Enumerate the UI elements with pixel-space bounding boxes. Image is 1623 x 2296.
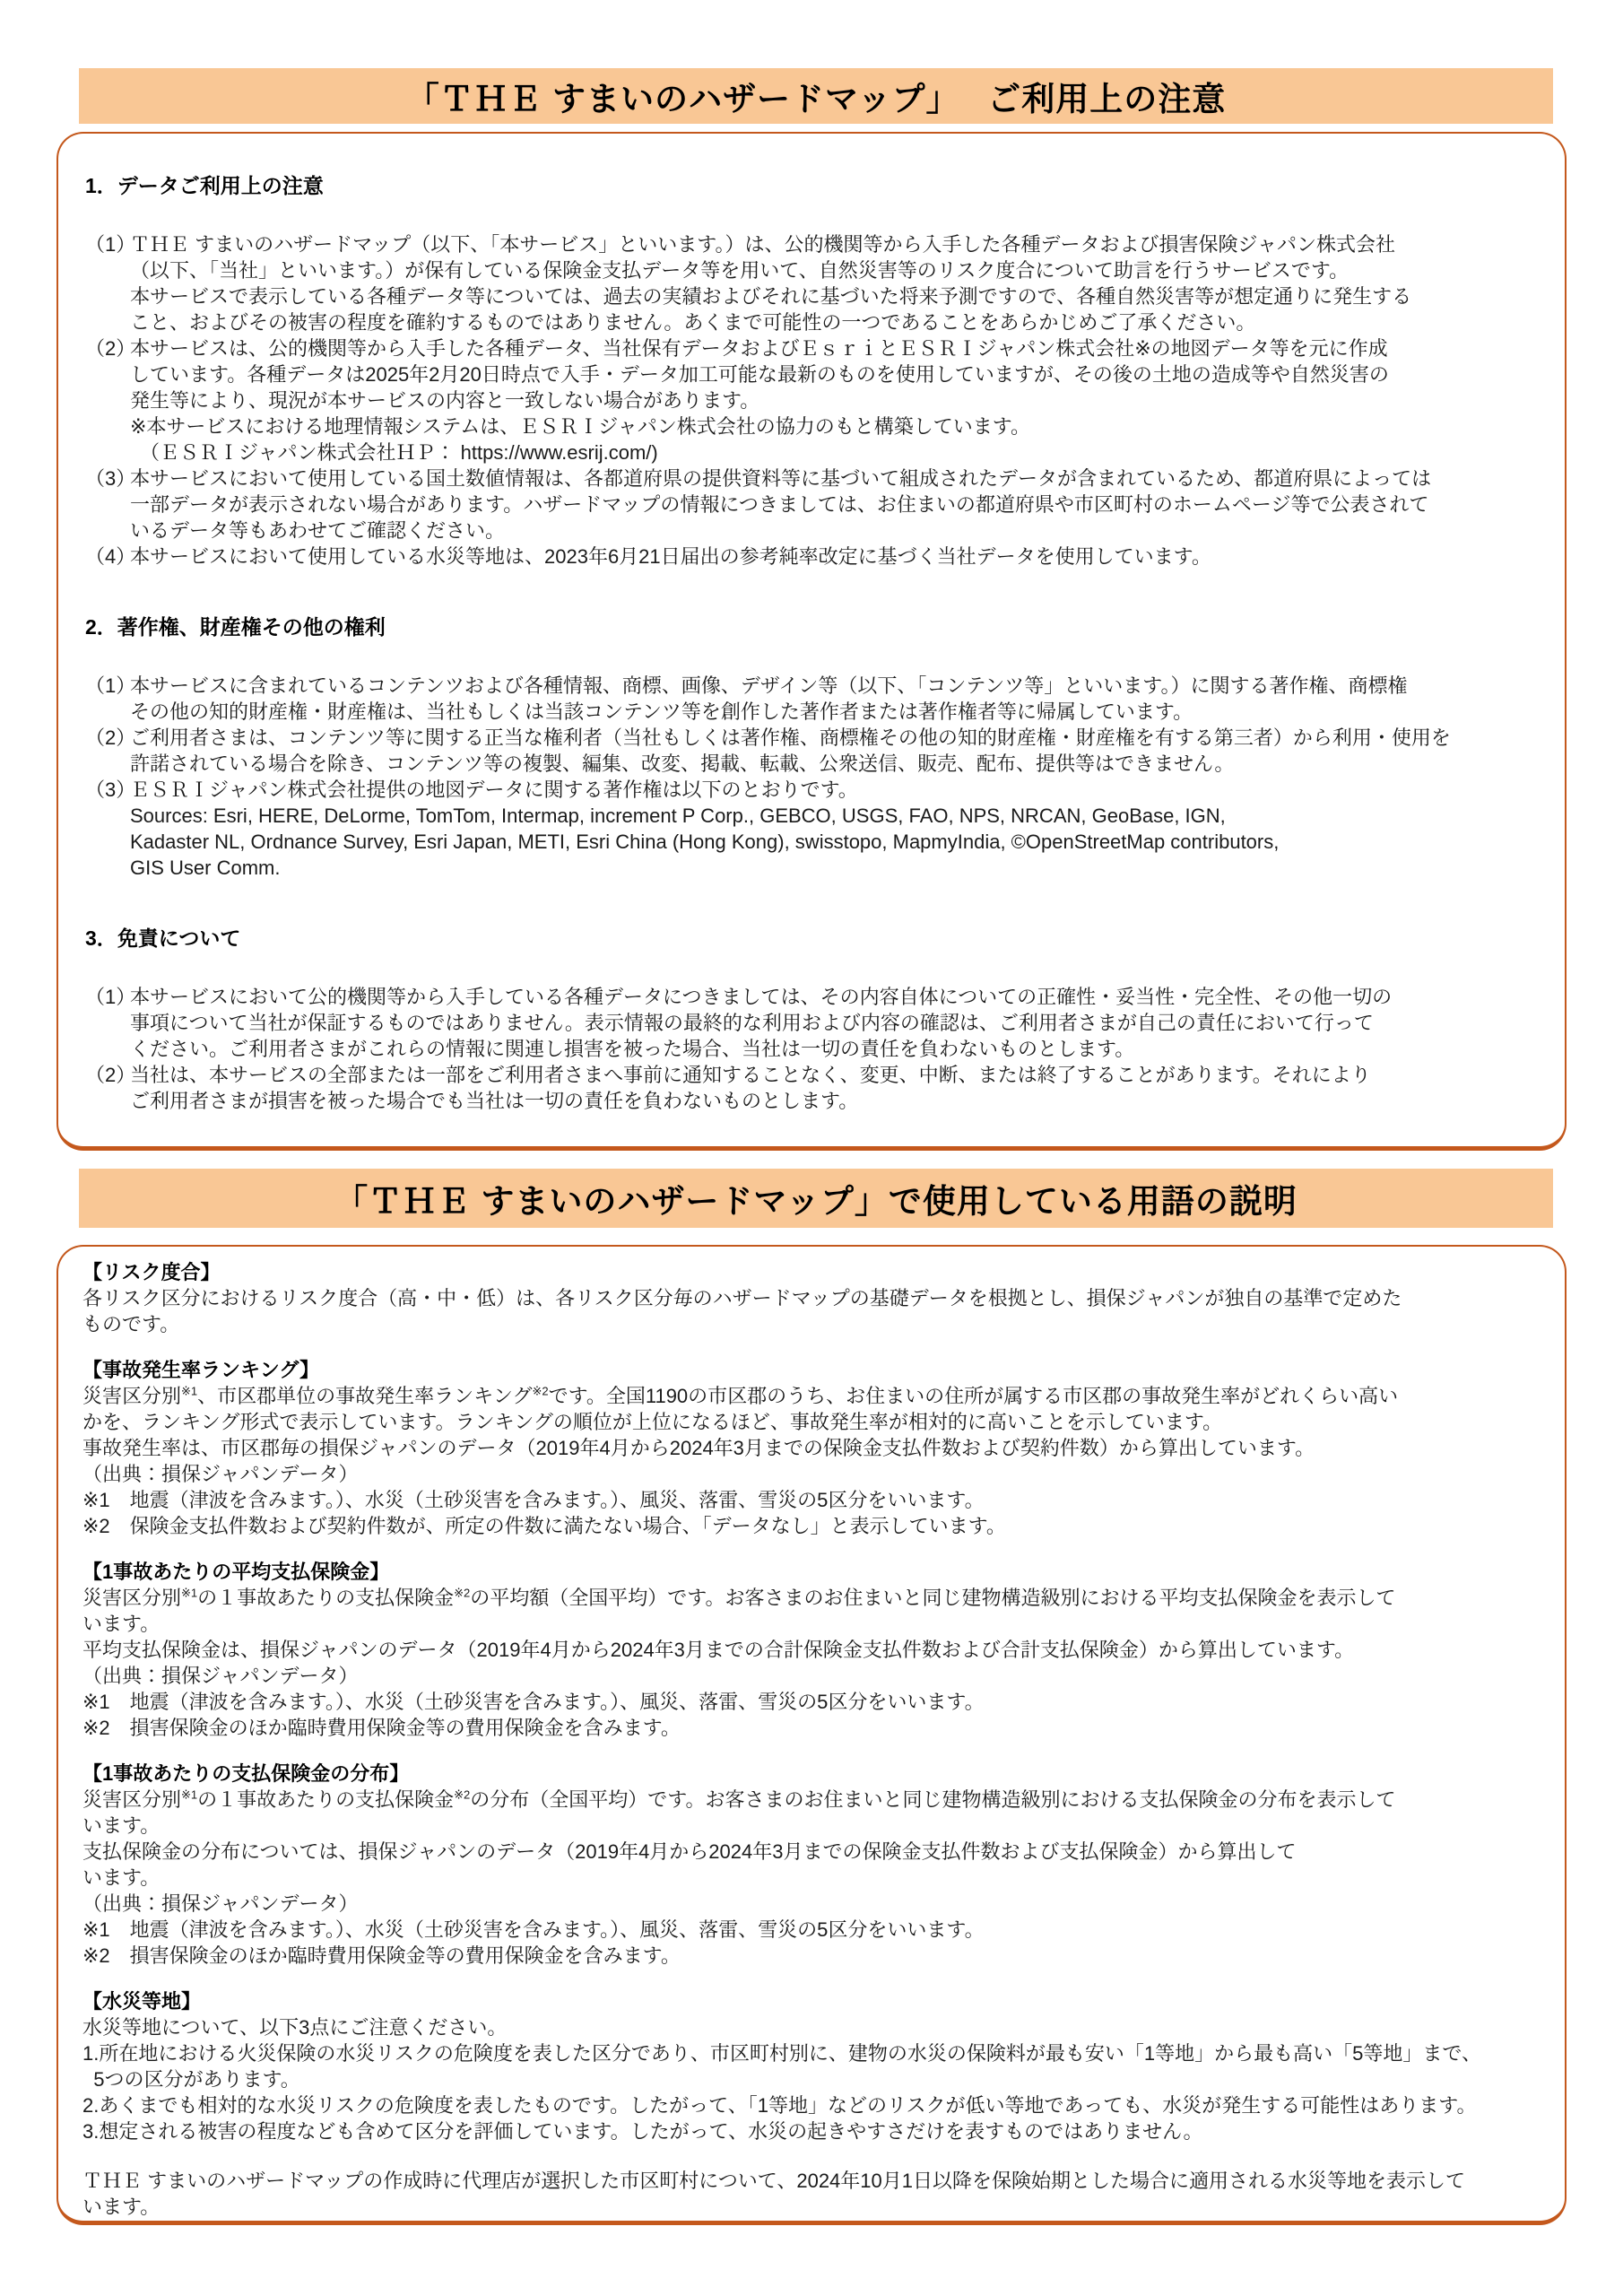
term-line: います。: [82, 1813, 1529, 1839]
numbered-item: （1）本サービスにおいて公的機関等から入手している各種データにつきましては、その…: [85, 984, 1529, 1062]
term-title: 【リスク度合】: [82, 1259, 1529, 1285]
item-line: Kadaster NL, Ordnance Survey, Esri Japan…: [130, 829, 1529, 855]
item-lines: 本サービスにおいて公的機関等から入手している各種データにつきましては、その内容自…: [130, 984, 1529, 1062]
term-line: 事故発生率は、市区郡毎の損保ジャパンのデータ（2019年4月から2024年3月ま…: [82, 1435, 1529, 1461]
section-heading: 3．免責について: [85, 922, 1529, 952]
notice-band-title: 「ＴＨＥ すまいのハザードマップ」 ご利用上の注意: [406, 72, 1227, 120]
term-line: ※1 地震（津波を含みます。）、水災（土砂災害を含みます。）、風災、落雷、雪災の…: [82, 1917, 1529, 1943]
item-line: ※本サービスにおける地理情報システムは、ＥＳＲＩジャパン株式会社の協力のもと構築…: [130, 413, 1529, 439]
item-line: ご利用者さまが損害を被った場合でも当社は一切の責任を負わないものとします。: [130, 1088, 1529, 1114]
item-line: 本サービスにおいて使用している水災等地は、2023年6月21日届出の参考純率改定…: [130, 544, 1529, 570]
item-lines: 本サービスにおいて使用している水災等地は、2023年6月21日届出の参考純率改定…: [130, 544, 1529, 570]
notice-header-band: 「ＴＨＥ すまいのハザードマップ」 ご利用上の注意: [79, 68, 1553, 124]
term-line: ※1 地震（津波を含みます。）、水災（土砂災害を含みます。）、風災、落雷、雪災の…: [82, 1689, 1529, 1715]
item-line: 発生等により、現況が本サービスの内容と一致しない場合があります。: [130, 387, 1529, 413]
section-block: 3．免責について（1）本サービスにおいて公的機関等から入手している各種データにつ…: [85, 922, 1529, 1114]
item-line: 本サービスに含まれているコンテンツおよび各種情報、商標、画像、デザイン等（以下、…: [130, 673, 1529, 699]
item-marker: （3）: [85, 777, 130, 803]
term-line: かを、ランキング形式で表示しています。ランキングの順位が上位になるほど、事故発生…: [82, 1409, 1529, 1435]
item-line: こと、およびその被害の程度を確約するものではありません。あくまで可能性の一つであ…: [130, 309, 1529, 335]
term-line: （出典：損保ジャパンデータ）: [82, 1663, 1529, 1689]
term-line: （出典：損保ジャパンデータ）: [82, 1891, 1529, 1917]
item-marker: （1）: [85, 231, 130, 257]
item-line: 事項について当社が保証するものではありません。表示情報の最終的な利用および内容の…: [130, 1010, 1529, 1036]
term-line: 5つの区分があります。: [82, 2066, 1529, 2092]
item-lines: ＴＨＥ すまいのハザードマップ（以下、「本サービス」といいます。）は、公的機関等…: [130, 231, 1529, 335]
term-line: 支払保険金の分布については、損保ジャパンのデータ（2019年4月から2024年3…: [82, 1839, 1529, 1865]
closing-line: ＴＨＥ すまいのハザードマップの作成時に代理店が選択した市区町村について、202…: [82, 2168, 1529, 2194]
section-heading: 2．著作権、財産権その他の権利: [85, 611, 1529, 640]
term-line: います。: [82, 1865, 1529, 1891]
item-lines: 本サービスにおいて使用している国土数値情報は、各都道府県の提供資料等に基づいて組…: [130, 465, 1529, 544]
term-block: 【1事故あたりの平均支払保険金】災害区分別※1の１事故あたりの支払保険金※2の平…: [82, 1559, 1529, 1741]
numbered-item: （3）本サービスにおいて使用している国土数値情報は、各都道府県の提供資料等に基づ…: [85, 465, 1529, 544]
item-line: 許諾されている場合を除き、コンテンツ等の複製、編集、改変、掲載、転載、公衆送信、…: [130, 751, 1529, 777]
term-block: 【1事故あたりの支払保険金の分布】災害区分別※1の１事故あたりの支払保険金※2の…: [82, 1761, 1529, 1969]
item-lines: ご利用者さまは、コンテンツ等に関する正当な権利者（当社もしくは著作権、商標権その…: [130, 725, 1529, 777]
item-marker: （1）: [85, 984, 130, 1010]
item-line: 本サービスにおいて公的機関等から入手している各種データにつきましては、その内容自…: [130, 984, 1529, 1010]
item-marker: （2）: [85, 725, 130, 751]
numbered-item: （2）本サービスは、公的機関等から入手した各種データ、当社保有データおよびＥｓｒ…: [85, 335, 1529, 465]
notice-panel: 1．データご利用上の注意（1）ＴＨＥ すまいのハザードマップ（以下、「本サービス…: [56, 132, 1567, 1151]
closing-line: います。: [82, 2194, 1529, 2220]
term-line: います。: [82, 1611, 1529, 1637]
term-block: 【水災等地】水災等地について、以下3点にご注意ください。1.所在地における火災保…: [82, 1988, 1529, 2144]
item-line: GIS User Comm.: [130, 855, 1529, 881]
item-line: 本サービスは、公的機関等から入手した各種データ、当社保有データおよびＥｓｒｉとＥ…: [130, 335, 1529, 361]
item-line: 一部データが表示されない場合があります。ハザードマップの情報につきましては、お住…: [130, 491, 1529, 517]
term-line: ※2 損害保険金のほか臨時費用保険金等の費用保険金を含みます。: [82, 1943, 1529, 1969]
term-title: 【1事故あたりの支払保険金の分布】: [82, 1761, 1529, 1787]
item-lines: ＥＳＲＩジャパン株式会社提供の地図データに関する著作権は以下のとおりです。Sou…: [130, 777, 1529, 881]
numbered-item: （4）本サービスにおいて使用している水災等地は、2023年6月21日届出の参考純…: [85, 544, 1529, 570]
term-title: 【水災等地】: [82, 1988, 1529, 2014]
term-title: 【事故発生率ランキング】: [82, 1357, 1529, 1383]
term-line: 災害区分別※1、市区郡単位の事故発生率ランキング※2です。全国1190の市区郡の…: [82, 1383, 1529, 1409]
item-marker: （2）: [85, 1062, 130, 1088]
item-line: ご利用者さまは、コンテンツ等に関する正当な権利者（当社もしくは著作権、商標権その…: [130, 725, 1529, 751]
term-line: ものです。: [82, 1311, 1529, 1337]
item-line: その他の知的財産権・財産権は、当社もしくは当該コンテンツ等を創作した著作者または…: [130, 699, 1529, 725]
term-line: ※1 地震（津波を含みます。）、水災（土砂災害を含みます。）、風災、落雷、雪災の…: [82, 1487, 1529, 1513]
item-line: 当社は、本サービスの全部または一部をご利用者さまへ事前に通知することなく、変更、…: [130, 1062, 1529, 1088]
term-line: ※2 損害保険金のほか臨時費用保険金等の費用保険金を含みます。: [82, 1715, 1529, 1741]
item-marker: （3）: [85, 465, 130, 491]
item-marker: （1）: [85, 673, 130, 699]
item-lines: 本サービスは、公的機関等から入手した各種データ、当社保有データおよびＥｓｒｉとＥ…: [130, 335, 1529, 465]
term-line: 3.想定される被害の程度なども含めて区分を評価しています。したがって、水災の起き…: [82, 2118, 1529, 2144]
numbered-item: （1）ＴＨＥ すまいのハザードマップ（以下、「本サービス」といいます。）は、公的…: [85, 231, 1529, 335]
numbered-item: （2）ご利用者さまは、コンテンツ等に関する正当な権利者（当社もしくは著作権、商標…: [85, 725, 1529, 777]
item-marker: （4）: [85, 544, 130, 570]
term-block: 【リスク度合】各リスク区分におけるリスク度合（高・中・低）は、各リスク区分毎のハ…: [82, 1259, 1529, 1337]
term-line: 災害区分別※1の１事故あたりの支払保険金※2の平均額（全国平均）です。お客さまの…: [82, 1585, 1529, 1611]
item-lines: 当社は、本サービスの全部または一部をご利用者さまへ事前に通知することなく、変更、…: [130, 1062, 1529, 1114]
term-title: 【1事故あたりの平均支払保険金】: [82, 1559, 1529, 1585]
term-line: 1.所在地における火災保険の水災リスクの危険度を表した区分であり、市区町村別に、…: [82, 2040, 1529, 2066]
term-line: 水災等地について、以下3点にご注意ください。: [82, 2014, 1529, 2040]
term-line: 各リスク区分におけるリスク度合（高・中・低）は、各リスク区分毎のハザードマップの…: [82, 1285, 1529, 1311]
notice-blocks: 1．データご利用上の注意（1）ＴＨＥ すまいのハザードマップ（以下、「本サービス…: [85, 170, 1529, 1114]
item-line: ください。ご利用者さまがこれらの情報に関連し損害を被った場合、当社は一切の責任を…: [130, 1036, 1529, 1062]
numbered-item: （1）本サービスに含まれているコンテンツおよび各種情報、商標、画像、デザイン等（…: [85, 673, 1529, 725]
glossary-band-title: 「ＴＨＥ すまいのハザードマップ」で使用している用語の説明: [334, 1174, 1298, 1222]
item-line: 本サービスで表示している各種データ等については、過去の実績およびそれに基づいた将…: [130, 283, 1529, 309]
term-line: 2.あくまでも相対的な水災リスクの危険度を表したものです。したがって、「1等地」…: [82, 2092, 1529, 2118]
term-line: ※2 保険金支払件数および契約件数が、所定の件数に満たない場合、「データなし」と…: [82, 1513, 1529, 1539]
section-block: 2．著作権、財産権その他の権利（1）本サービスに含まれているコンテンツおよび各種…: [85, 611, 1529, 881]
section-heading: 1．データご利用上の注意: [85, 170, 1529, 199]
item-line: （ＥＳＲＩジャパン株式会社ＨＰ： https://www.esrij.com/): [130, 439, 1529, 465]
item-lines: 本サービスに含まれているコンテンツおよび各種情報、商標、画像、デザイン等（以下、…: [130, 673, 1529, 725]
item-marker: （2）: [85, 335, 130, 361]
item-line: いるデータ等もあわせてご確認ください。: [130, 517, 1529, 544]
term-line: （出典：損保ジャパンデータ）: [82, 1461, 1529, 1487]
glossary-panel: 【リスク度合】各リスク区分におけるリスク度合（高・中・低）は、各リスク区分毎のハ…: [56, 1245, 1567, 2225]
item-line: ＴＨＥ すまいのハザードマップ（以下、「本サービス」といいます。）は、公的機関等…: [130, 231, 1529, 257]
item-line: ＥＳＲＩジャパン株式会社提供の地図データに関する著作権は以下のとおりです。: [130, 777, 1529, 803]
glossary-terms: 【リスク度合】各リスク区分におけるリスク度合（高・中・低）は、各リスク区分毎のハ…: [82, 1259, 1529, 2144]
closing-note: ＴＨＥ すまいのハザードマップの作成時に代理店が選択した市区町村について、202…: [82, 2168, 1529, 2220]
numbered-item: （2）当社は、本サービスの全部または一部をご利用者さまへ事前に通知することなく、…: [85, 1062, 1529, 1114]
section-block: 1．データご利用上の注意（1）ＴＨＥ すまいのハザードマップ（以下、「本サービス…: [85, 170, 1529, 570]
item-line: Sources: Esri, HERE, DeLorme, TomTom, In…: [130, 803, 1529, 829]
item-line: しています。各種データは2025年2月20日時点で入手・データ加工可能な最新のも…: [130, 361, 1529, 387]
term-block: 【事故発生率ランキング】災害区分別※1、市区郡単位の事故発生率ランキング※2です…: [82, 1357, 1529, 1539]
term-line: 平均支払保険金は、損保ジャパンのデータ（2019年4月から2024年3月までの合…: [82, 1637, 1529, 1663]
term-line: 災害区分別※1の１事故あたりの支払保険金※2の分布（全国平均）です。お客さまのお…: [82, 1787, 1529, 1813]
numbered-item: （3）ＥＳＲＩジャパン株式会社提供の地図データに関する著作権は以下のとおりです。…: [85, 777, 1529, 881]
item-line: 本サービスにおいて使用している国土数値情報は、各都道府県の提供資料等に基づいて組…: [130, 465, 1529, 491]
item-line: （以下、「当社」といいます。）が保有している保険金支払データ等を用いて、自然災害…: [130, 257, 1529, 283]
glossary-header-band: 「ＴＨＥ すまいのハザードマップ」で使用している用語の説明: [79, 1169, 1553, 1228]
